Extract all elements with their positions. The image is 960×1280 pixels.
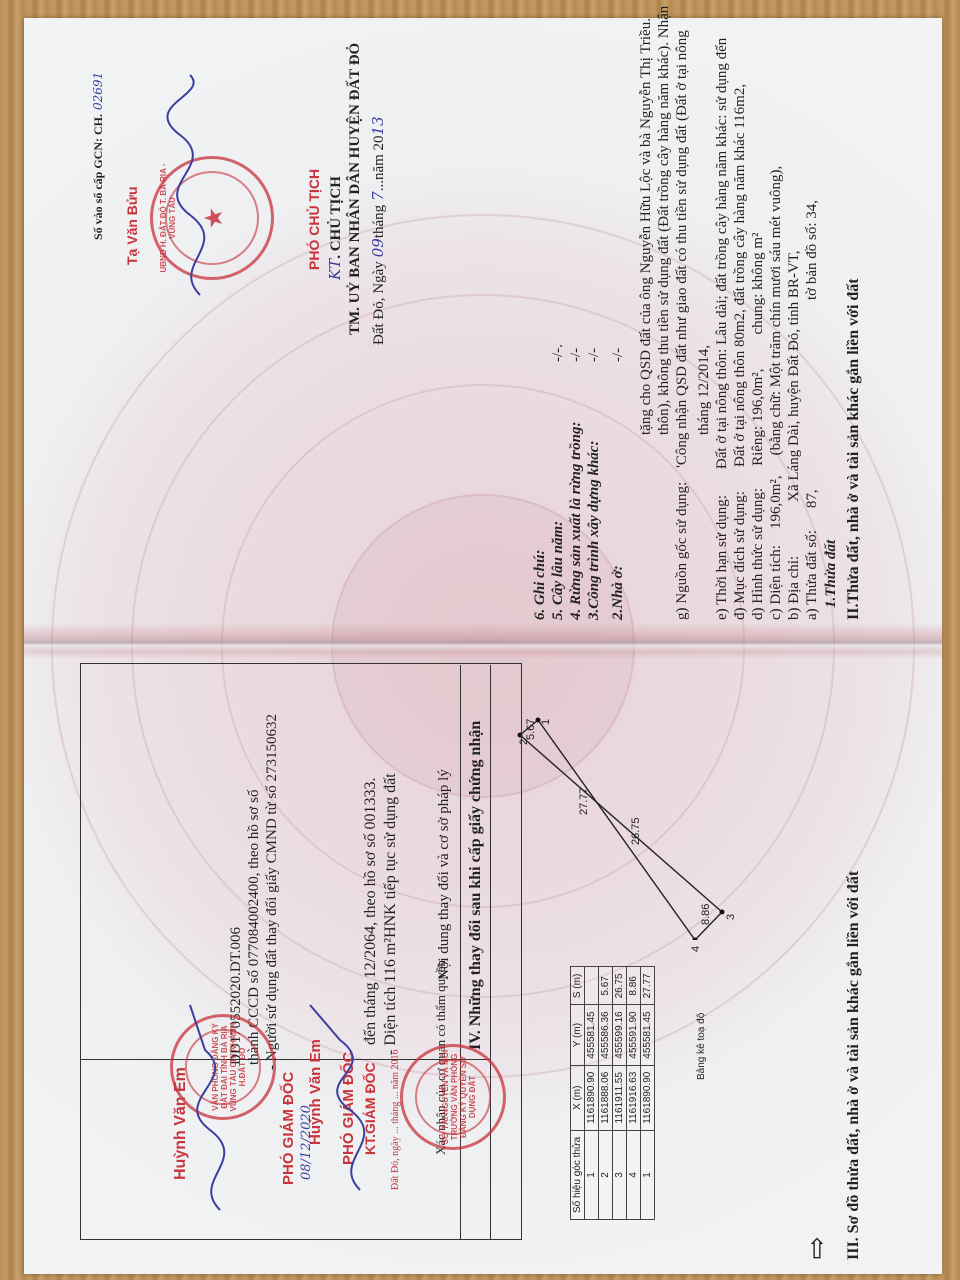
confirmation-2-date: 08/12/2020	[296, 1105, 317, 1180]
coord-table-title: Bảng kê toạ độ	[696, 1013, 707, 1080]
item-house: 2.Nhà ở:	[608, 565, 629, 620]
edge-length-1-2: 5.67	[525, 719, 537, 740]
rotated-document: II.Thửa đất, nhà ở và tài sản khác gắn l…	[0, 0, 960, 1280]
field-usage-purpose: đ) Mục đích sử dụng: Đất ở tại nông thôn…	[730, 84, 751, 620]
coord-header: Y (m)	[571, 1005, 585, 1065]
edge-length-3-4: 8.86	[700, 904, 712, 925]
item-perennial-value: -/-.	[548, 344, 569, 362]
field-usage-term: e) Thời hạn sử dụng: Đất ở tại nông thôn…	[712, 38, 733, 620]
item-house-value: -/-	[608, 348, 629, 362]
issuing-org: TM. UỶ BAN NHÂN DÂN HUYỆN ĐẤT ĐỎ	[345, 43, 366, 335]
section-iv-title: IV. Những thay đổi sau khi cấp giấy chứn…	[465, 721, 486, 1050]
table-row: 11161890.90455581.4527.77	[641, 967, 655, 1220]
field-usage-form: d) Hình thức sử dụng: Riêng: 196,0m², ch…	[748, 232, 769, 620]
signature-left	[150, 65, 250, 305]
item-forest: 4. Rừng sản xuất là rừng trồng:	[566, 422, 587, 620]
field-parcel-no: a) Thửa đất số: 87, tờ bản đồ số: 34,	[802, 489, 823, 620]
coord-header: Số hiệu góc thửa	[571, 1130, 585, 1219]
table-row: 41161916.63455591.908.86	[627, 967, 641, 1220]
parcel-diagram	[510, 700, 730, 940]
edge-length-4-1: 27.77	[578, 787, 590, 815]
point-label-3: 3	[725, 914, 737, 920]
signer-title: KT. CHỦ TỊCH	[325, 176, 347, 280]
table-row: 31161911.55455599.1626.75	[613, 967, 627, 1220]
coord-header: S (m)	[571, 967, 585, 1005]
point-label-1: 1	[540, 719, 552, 725]
confirmation-2-role: PHÓ GIÁM ĐỐC	[278, 1072, 299, 1185]
edge-4-1	[538, 720, 695, 940]
issue-date: Đất Đỏ, Ngày 09tháng 7...năm 2013	[368, 116, 390, 345]
item-forest-value: -/-	[566, 348, 587, 362]
changes-col1-header: Nội dung thay đổi và cơ sở pháp lý	[434, 769, 455, 980]
section-ii-title: II.Thửa đất, nhà ở và tài sản khác gắn l…	[843, 278, 864, 620]
item-notes: 6. Ghi chú:	[530, 550, 551, 620]
table-row: 21161888.06455586.365.67	[599, 967, 613, 1220]
item-other-construction: 3.Công trình xây dựng khác:	[584, 441, 605, 620]
left-page-header: II.Thửa đất, nhà ở và tài sản khác gắn l…	[843, 278, 864, 620]
point-label-4: 4	[690, 946, 702, 952]
field-usage-term-cont: tháng 12/2014,	[694, 345, 715, 435]
signer-red-title: PHÓ CHỦ TỊCH	[304, 169, 325, 270]
edge-2-3	[520, 735, 722, 912]
coord-table: Số hiệu góc thửa X (m) Y (m) S (m) 11161…	[570, 966, 655, 1220]
registry-number: Số vào sổ cấp GCN: CH. 02691	[88, 72, 109, 240]
item-perennial: 5. Cây lâu năm:	[548, 521, 569, 620]
table-row: 11161890.90455581.45	[585, 967, 599, 1220]
signature-right-2	[180, 1000, 270, 1220]
field-area: c) Diện tích: 196,0m², (bằng chữ: Một tr…	[766, 166, 787, 620]
north-arrow-icon: ⇨	[800, 1237, 833, 1260]
confirmation-3-signer: Huỳnh Văn Em	[170, 1067, 191, 1180]
field-origin: g) Nguồn gốc sử dụng: 'Công nhận QSD đất…	[672, 30, 693, 620]
item-other-construction-value: -/-	[584, 348, 605, 362]
edge-length-2-3: 26.75	[630, 817, 642, 845]
field-origin-cont: thôn), không thu tiền sử dụng đất (Đất t…	[654, 6, 675, 435]
signer-name: Tạ Văn Bửu	[122, 186, 143, 265]
field-origin-cont: tặng cho QSD đất của ông Nguyễn Hữu Lộc …	[636, 18, 657, 435]
subsection-land-title: 1.Thửa đất	[821, 540, 842, 608]
field-address: b) Địa chỉ: Xã Láng Dài, huyện Đất Đỏ, t…	[784, 251, 805, 621]
coord-header: X (m)	[571, 1065, 585, 1130]
section-iii-title: III. Sơ đồ thửa đất, nhà ở và tài sản kh…	[843, 871, 864, 1260]
